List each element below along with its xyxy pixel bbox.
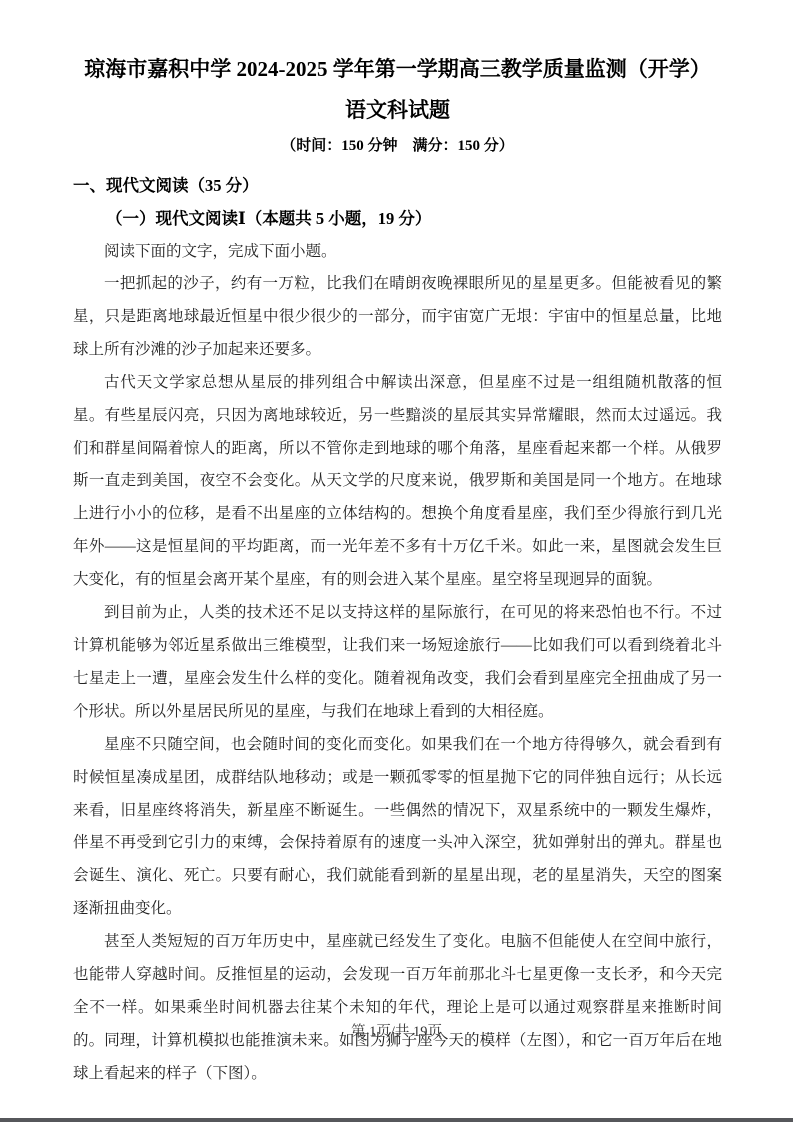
page-bottom-edge (0, 1118, 793, 1122)
passage-paragraph-3: 到目前为止，人类的技术还不足以支持这样的星际旅行，在可见的将来恐怕也不行。不过计… (73, 597, 722, 729)
document-subtitle: 语文科试题 (73, 96, 722, 124)
passage-paragraph-2: 古代天文学家总想从星辰的排列组合中解读出深意，但星座不过是一组组随机散落的恒星。… (73, 367, 722, 597)
subsection-heading-reading-one: （一）现代文阅读Ⅰ（本题共 5 小题，19 分） (73, 202, 722, 235)
reading-instruction: 阅读下面的文字，完成下面小题。 (73, 235, 722, 268)
passage: 一把抓起的沙子，约有一万粒，比我们在晴朗夜晚裸眼所见的星星更多。但能被看见的繁星… (73, 268, 722, 1091)
passage-paragraph-4: 星座不只随空间，也会随时间的变化而变化。如果我们在一个地方待得够久，就会看到有时… (73, 729, 722, 926)
passage-paragraph-1: 一把抓起的沙子，约有一万粒，比我们在晴朗夜晚裸眼所见的星星更多。但能被看见的繁星… (73, 268, 722, 367)
exam-time-score-line: （时间：150 分钟 满分：150 分） (73, 134, 722, 158)
page-number-indicator: 第 1页/共 19页 (0, 1020, 793, 1041)
exam-document-page: 琼海市嘉积中学 2024-2025 学年第一学期高三教学质量监测（开学） 语文科… (0, 0, 793, 1122)
passage-paragraph-5: 甚至人类短短的百万年历史中，星座就已经发生了变化。电脑不但能使人在空间中旅行，也… (73, 926, 722, 1091)
document-title: 琼海市嘉积中学 2024-2025 学年第一学期高三教学质量监测（开学） (73, 54, 722, 84)
page-content: 琼海市嘉积中学 2024-2025 学年第一学期高三教学质量监测（开学） 语文科… (0, 0, 793, 1091)
section-heading-modern-reading: 一、现代文阅读（35 分） (73, 169, 722, 202)
